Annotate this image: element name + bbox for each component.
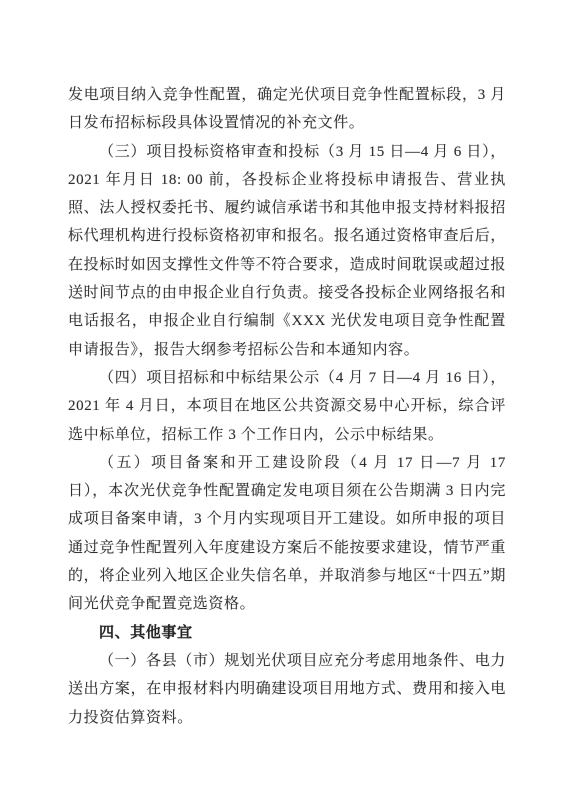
document-body: 发电项目纳入竞争性配置，确定光伏项目竞争性配置标段，3 月日发布招标标段具体设置… — [68, 81, 506, 732]
paragraph-section-4: （四）项目招标和中标结果公示（4 月 7 日—4 月 16 日），2021 年 … — [68, 364, 506, 449]
document-page: 发电项目纳入竞争性配置，确定光伏项目竞争性配置标段，3 月日发布招标标段具体设置… — [0, 0, 566, 800]
paragraph-item-1: （一）各县（市）规划光伏项目应充分考虑用地条件、电力送出方案，在申报材料内明确建… — [68, 647, 506, 732]
heading-other-matters: 四、其他事宜 — [68, 619, 506, 647]
paragraph-continuation: 发电项目纳入竞争性配置，确定光伏项目竞争性配置标段，3 月日发布招标标段具体设置… — [68, 81, 506, 138]
paragraph-section-3: （三）项目投标资格审查和投标（3 月 15 日—4 月 6 日），2021 年月… — [68, 138, 506, 364]
paragraph-section-5: （五）项目备案和开工建设阶段（4 月 17 日—7 月 17 日），本次光伏竞争… — [68, 449, 506, 619]
